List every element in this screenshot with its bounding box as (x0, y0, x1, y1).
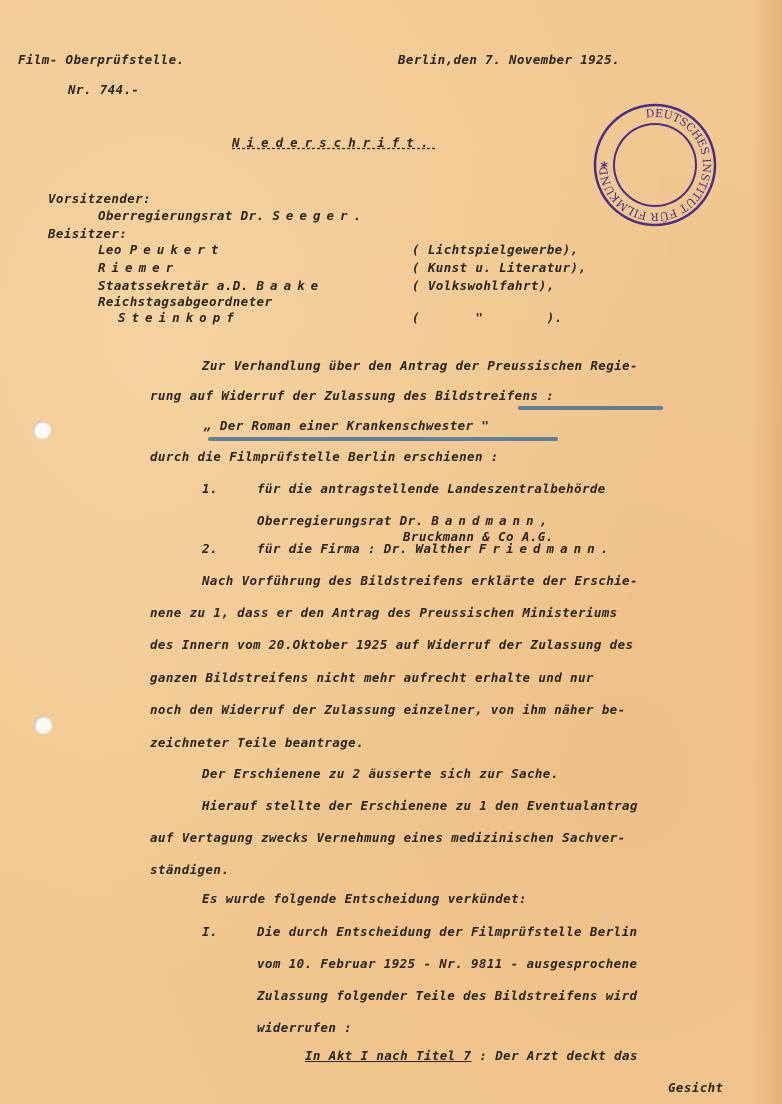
paragraph-line: Es wurde folgende Entscheidung verkündet… (202, 893, 527, 906)
highlight-underline (208, 437, 558, 441)
assessors-label: Beisitzer: (48, 228, 127, 241)
paragraph-line: des Innern vom 20.Oktober 1925 auf Wider… (150, 639, 633, 652)
cut-location: In Akt I nach Titel 7 (305, 1048, 471, 1063)
item-number: 2. (202, 543, 218, 556)
paragraph-line: Nach Vorführung des Bildstreifens erklär… (202, 575, 638, 588)
assessor-field: ( Lichtspielgewerbe), (412, 244, 578, 257)
cut-text: : Der Arzt deckt das (471, 1048, 637, 1063)
decision-line: Zulassung folgender Teile des Bildstreif… (257, 990, 637, 1003)
paragraph-line: Der Erschienene zu 2 äusserte sich zur S… (202, 768, 559, 781)
cut-line: In Akt I nach Titel 7 : Der Arzt deckt d… (305, 1050, 638, 1063)
punch-hole-bottom (34, 716, 52, 734)
highlight-underline (518, 406, 663, 410)
item-number: 1. (202, 483, 218, 496)
place-date: Berlin,den 7. November 1925. (398, 54, 620, 67)
paragraph-line: noch den Widerruf der Zulassung einzelne… (150, 704, 626, 717)
decision-line: widerrufen : (257, 1022, 352, 1035)
document-page: { "header": { "office": "Film- Oberprüfs… (0, 0, 782, 1104)
assessor-field: ( Volkswohlfahrt), (412, 280, 555, 293)
assessor-name: Leo Peukert (98, 244, 224, 257)
decision-number: I. (202, 926, 218, 939)
paragraph-line: Hierauf stellte der Erschienene zu 1 den… (202, 800, 638, 813)
cut-text-continued: Gesicht (668, 1082, 723, 1095)
document-number: Nr. 744.- (68, 84, 139, 97)
paragraph-line: ganzen Bildstreifens nicht mehr aufrecht… (150, 672, 594, 685)
paragraph-line: auf Vertagung zwecks Vernehmung eines me… (150, 832, 626, 845)
paragraph-line: nene zu 1, dass er den Antrag des Preuss… (150, 607, 618, 620)
decision-line: Die durch Entscheidung der Filmprüfstell… (257, 926, 637, 939)
punch-hole-top (33, 421, 51, 439)
assessor-name: Staatssekretär a.D. Baake (98, 280, 324, 293)
paragraph-line: ständigen. (150, 864, 229, 877)
decision-line: vom 10. Februar 1925 - Nr. 9811 - ausges… (257, 958, 637, 971)
assessor-name: Reichstagsabgeordneter (98, 296, 272, 309)
film-title: „ Der Roman einer Krankenschwester " (204, 420, 489, 433)
institute-stamp-icon: DEUTSCHES INSTITUT FÜR FILMKUNDE E.V. * (592, 102, 718, 228)
item-text: für die Firma : Dr. Walther Friedmann. (257, 543, 614, 556)
assessor-name: Steinkopf (118, 312, 240, 325)
paragraph-line: rung auf Widerruf der Zulassung des Bild… (150, 390, 554, 403)
item-text: für die antragstellende Landeszentralbeh… (257, 483, 606, 496)
paragraph-line: zeichneter Teile beantrage. (150, 737, 364, 750)
paragraph-line: durch die Filmprüfstelle Berlin erschien… (150, 451, 499, 464)
svg-text:*: * (600, 160, 608, 176)
assessor-field: ( " ). (412, 312, 563, 325)
assessor-name: Riemer (98, 262, 179, 275)
office-name: Film- Oberprüfstelle. (18, 54, 184, 67)
assessor-field: ( Kunst u. Literatur), (412, 262, 586, 275)
document-title: Niederschrift. (232, 137, 435, 150)
chair-name: Oberregierungsrat Dr. Seeger. (98, 210, 367, 223)
chair-label: Vorsitzender: (48, 193, 151, 206)
item-text: Oberregierungsrat Dr. Bandmann, (257, 515, 553, 528)
paragraph-line: Zur Verhandlung über den Antrag der Preu… (202, 360, 638, 373)
